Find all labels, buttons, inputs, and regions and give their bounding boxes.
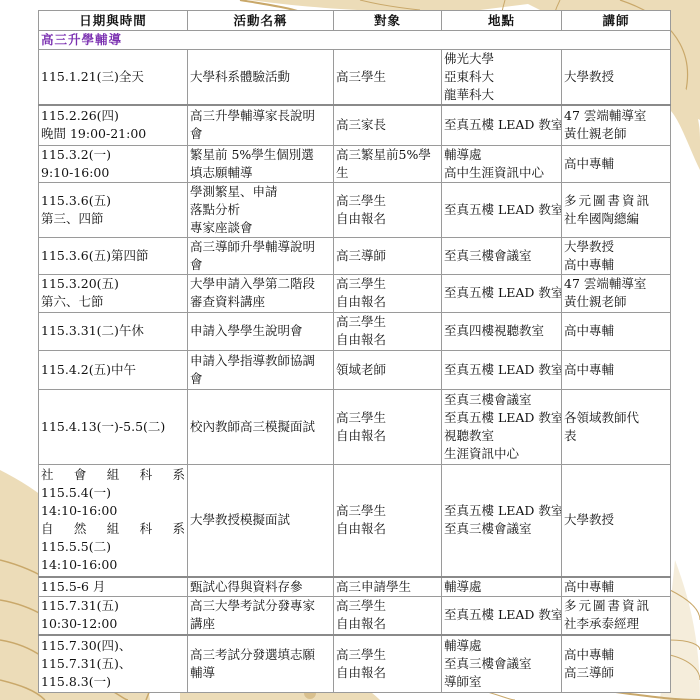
cell-audience: 高三申請學生	[334, 577, 442, 597]
table-row: 115.3.20(五) 第六、七節 大學申請入學第二階段 審查資料講座 高三學生…	[39, 274, 671, 312]
cell-date: 115.7.31(五) 10:30-12:00	[39, 597, 188, 635]
header-row: 日期與時間 活動名稱 對象 地點 講師	[39, 11, 671, 31]
cell-location: 至真三樓會議室	[442, 237, 562, 274]
column-header-audience: 對象	[334, 11, 442, 31]
cell-audience: 高三家長	[334, 105, 442, 145]
cell-date: 115.7.30(四)、 115.7.31(五)、 115.8.3(一)	[39, 635, 188, 693]
cell-location: 佛光大學 亞東科大 龍華科大	[442, 50, 562, 106]
table-row: 115.5-6 月 甄試心得與資料存參 高三申請學生 輔導處 高中專輔	[39, 577, 671, 597]
column-header-date: 日期與時間	[39, 11, 188, 31]
cell-speaker: 大學教授	[562, 464, 671, 577]
column-header-activity: 活動名稱	[188, 11, 334, 31]
cell-speaker: 高中專輔	[562, 312, 671, 350]
cell-speaker: 各領域教師代 表	[562, 389, 671, 464]
cell-activity: 繁星前 5%學生個別選 填志願輔導	[188, 145, 334, 182]
cell-activity: 大學科系體驗活動	[188, 50, 334, 106]
cell-date: 115.4.13(一)-5.5(二)	[39, 389, 188, 464]
cell-activity: 高三導師升學輔導說明 會	[188, 237, 334, 274]
cell-location: 輔導處	[442, 577, 562, 597]
cell-speaker: 高中專輔	[562, 350, 671, 389]
table-row: 115.7.31(五) 10:30-12:00 高三大學考試分發專家 講座 高三…	[39, 597, 671, 635]
cell-audience: 高三學生 自由報名	[334, 597, 442, 635]
cell-date: 115.3.31(二)午休	[39, 312, 188, 350]
cell-date: 115.3.6(五) 第三、四節	[39, 182, 188, 237]
table-row: 115.4.2(五)中午 申請入學指導教師協調 會 領域老師 至真五樓 LEAD…	[39, 350, 671, 389]
section-row: 高三升學輔導	[39, 31, 671, 50]
cell-speaker: 大學教授 高中專輔	[562, 237, 671, 274]
cell-audience: 高三學生 自由報名	[334, 182, 442, 237]
table-row: 115.4.13(一)-5.5(二) 校內教師高三模擬面試 高三學生 自由報名 …	[39, 389, 671, 464]
column-header-location: 地點	[442, 11, 562, 31]
cell-date: 115.3.2(一) 9:10-16:00	[39, 145, 188, 182]
cell-activity: 高三考試分發選填志願 輔導	[188, 635, 334, 693]
cell-speaker: 47 雲端輔導室 黃仕親老師	[562, 274, 671, 312]
cell-location: 至真五樓 LEAD 教室	[442, 182, 562, 237]
cell-speaker: 高中專輔	[562, 145, 671, 182]
cell-activity: 高三升學輔導家長說明 會	[188, 105, 334, 145]
table-row: 115.3.31(二)午休 申請入學學生說明會 高三學生 自由報名 至真四樓視聽…	[39, 312, 671, 350]
cell-speaker: 大學教授	[562, 50, 671, 106]
cell-location: 至真五樓 LEAD 教室 至真三樓會議室	[442, 464, 562, 577]
cell-location: 至真五樓 LEAD 教室	[442, 274, 562, 312]
cell-audience: 高三導師	[334, 237, 442, 274]
cell-location: 至真三樓會議室 至真五樓 LEAD 教室 視聽教室 生涯資訊中心	[442, 389, 562, 464]
date-group-label: 社 會 組 科 系	[41, 466, 185, 484]
table-row: 115.3.2(一) 9:10-16:00 繁星前 5%學生個別選 填志願輔導 …	[39, 145, 671, 182]
cell-audience: 高三學生 自由報名	[334, 635, 442, 693]
cell-audience: 高三學生 自由報名	[334, 464, 442, 577]
table-row: 115.3.6(五)第四節 高三導師升學輔導說明 會 高三導師 至真三樓會議室 …	[39, 237, 671, 274]
cell-location: 至真五樓 LEAD 教室	[442, 105, 562, 145]
cell-audience: 領域老師	[334, 350, 442, 389]
cell-activity: 高三大學考試分發專家 講座	[188, 597, 334, 635]
cell-speaker: 高中專輔 高三導師	[562, 635, 671, 693]
table-row: 115.7.30(四)、 115.7.31(五)、 115.8.3(一) 高三考…	[39, 635, 671, 693]
cell-audience: 高三學生 自由報名	[334, 312, 442, 350]
cell-audience: 高三學生 自由報名	[334, 274, 442, 312]
table-row: 社 會 組 科 系 115.5.4(一) 14:10-16:00 自 然 組 科…	[39, 464, 671, 577]
cell-speaker: 多元圖書資訊 社李承泰經理	[562, 597, 671, 635]
cell-speaker: 47 雲端輔導室 黃仕親老師	[562, 105, 671, 145]
schedule-table: 日期與時間 活動名稱 對象 地點 講師 高三升學輔導 115.1.21(三)全天…	[38, 10, 671, 693]
cell-location: 至真五樓 LEAD 教室	[442, 597, 562, 635]
cell-audience: 高三學生	[334, 50, 442, 106]
cell-audience: 高三學生 自由報名	[334, 389, 442, 464]
cell-audience: 高三繁星前5%學 生	[334, 145, 442, 182]
cell-location: 至真五樓 LEAD 教室	[442, 350, 562, 389]
cell-location: 至真四樓視聽教室	[442, 312, 562, 350]
cell-location: 輔導處 高中生涯資訊中心	[442, 145, 562, 182]
section-title: 高三升學輔導	[39, 31, 671, 50]
cell-activity: 大學申請入學第二階段 審查資料講座	[188, 274, 334, 312]
column-header-speaker: 講師	[562, 11, 671, 31]
cell-date: 115.1.21(三)全天	[39, 50, 188, 106]
cell-date: 115.2.26(四) 晚間 19:00-21:00	[39, 105, 188, 145]
cell-date: 115.5-6 月	[39, 577, 188, 597]
cell-activity: 申請入學學生說明會	[188, 312, 334, 350]
table-row: 115.2.26(四) 晚間 19:00-21:00 高三升學輔導家長說明 會 …	[39, 105, 671, 145]
cell-date: 社 會 組 科 系 115.5.4(一) 14:10-16:00 自 然 組 科…	[39, 464, 188, 577]
cell-speaker: 高中專輔	[562, 577, 671, 597]
cell-date: 115.4.2(五)中午	[39, 350, 188, 389]
cell-activity: 甄試心得與資料存參	[188, 577, 334, 597]
cell-activity: 校內教師高三模擬面試	[188, 389, 334, 464]
cell-location: 輔導處 至真三樓會議室 導師室	[442, 635, 562, 693]
table-row: 115.3.6(五) 第三、四節 學測繁星、申請 落點分析 專家座談會 高三學生…	[39, 182, 671, 237]
table-row: 115.1.21(三)全天 大學科系體驗活動 高三學生 佛光大學 亞東科大 龍華…	[39, 50, 671, 106]
cell-date: 115.3.6(五)第四節	[39, 237, 188, 274]
cell-activity: 大學教授模擬面試	[188, 464, 334, 577]
cell-speaker: 多元圖書資訊 社牟國陶總編	[562, 182, 671, 237]
cell-activity: 申請入學指導教師協調 會	[188, 350, 334, 389]
date-group-label: 自 然 組 科 系	[41, 520, 185, 538]
cell-activity: 學測繁星、申請 落點分析 專家座談會	[188, 182, 334, 237]
schedule-sheet: 日期與時間 活動名稱 對象 地點 講師 高三升學輔導 115.1.21(三)全天…	[38, 10, 670, 693]
cell-date: 115.3.20(五) 第六、七節	[39, 274, 188, 312]
